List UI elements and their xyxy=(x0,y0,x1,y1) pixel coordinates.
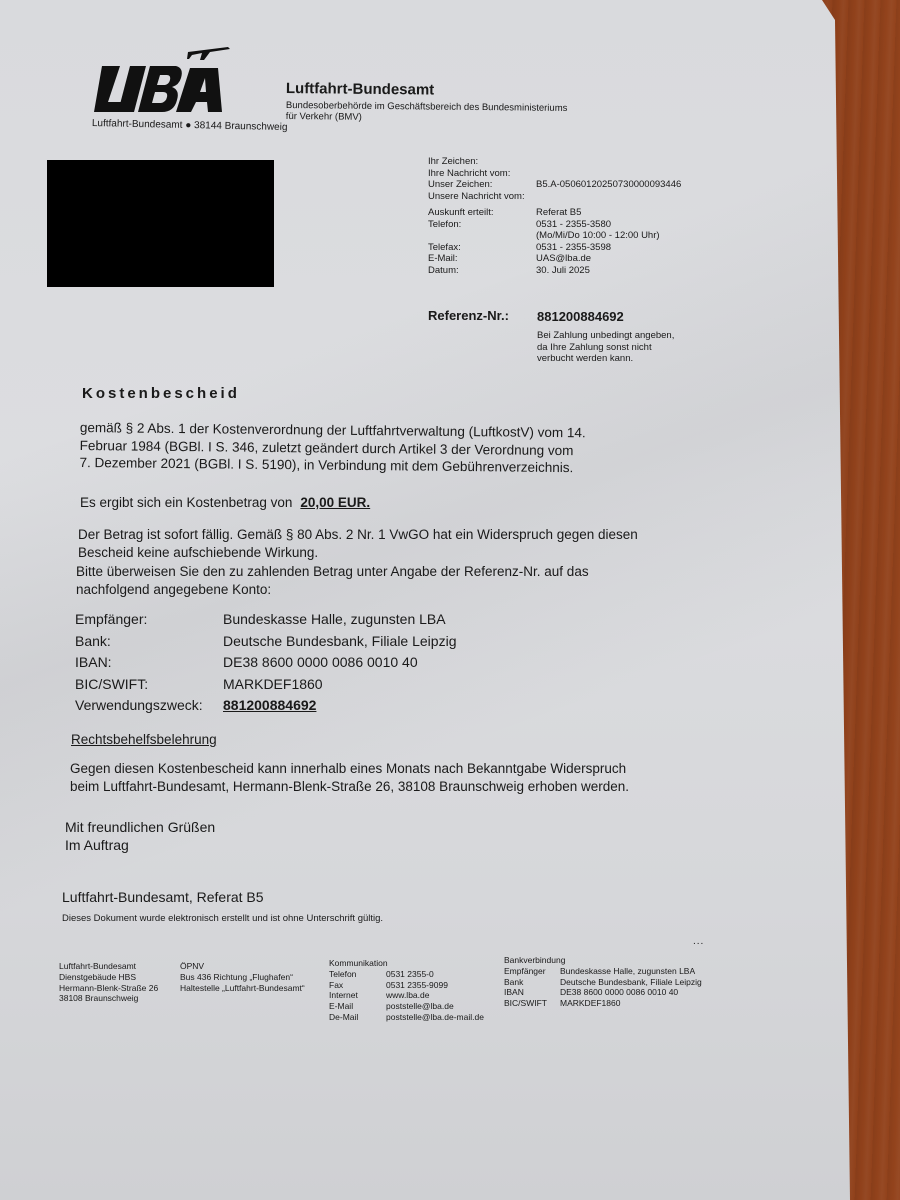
amount-prefix: Es ergibt sich ein Kostenbetrag von xyxy=(80,495,292,510)
closing-line: Mit freundlichen Grüßen xyxy=(65,818,215,836)
document-title: Kostenbescheid xyxy=(82,385,240,402)
info-label: Auskunft erteilt: xyxy=(428,207,536,219)
footer-row: BankDeutsche Bundesbank, Filiale Leipzig xyxy=(504,977,702,988)
bank-label: BIC/SWIFT: xyxy=(75,674,223,696)
footer-line: Haltestelle „Luftfahrt-Bundesamt“ xyxy=(180,983,305,994)
footer-value: Bundeskasse Halle, zugunsten LBA xyxy=(560,966,695,977)
footer-label: Empfänger xyxy=(504,966,560,977)
footer-row: IBANDE38 8600 0000 0086 0010 40 xyxy=(504,987,702,998)
legal-basis-paragraph: gemäß § 2 Abs. 1 der Kostenverordnung de… xyxy=(79,419,585,477)
reference-note-line: Bei Zahlung unbedingt angeben, xyxy=(537,330,674,342)
info-label xyxy=(428,230,536,242)
footer-label: Bank xyxy=(504,977,560,988)
info-label: E-Mail: xyxy=(428,253,536,265)
airplane-icon xyxy=(92,40,232,120)
info-value: (Mo/Mi/Do 10:00 - 12:00 Uhr) xyxy=(536,230,660,242)
paragraph-line: Bitte überweisen Sie den zu zahlenden Be… xyxy=(76,563,589,581)
bank-row: Empfänger:Bundeskasse Halle, zugunsten L… xyxy=(75,609,456,631)
info-row: (Mo/Mi/Do 10:00 - 12:00 Uhr) xyxy=(428,230,681,242)
footer-value: Deutsche Bundesbank, Filiale Leipzig xyxy=(560,977,702,988)
info-label: Unsere Nachricht vom: xyxy=(428,191,536,203)
footer-line: Luftfahrt-Bundesamt xyxy=(59,961,158,972)
info-row: Telefax:0531 - 2355-3598 xyxy=(428,242,681,254)
footer-label: BIC/SWIFT xyxy=(504,998,560,1009)
footer-row: EmpfängerBundeskasse Halle, zugunsten LB… xyxy=(504,966,702,977)
footer-label: IBAN xyxy=(504,987,560,998)
footer-row: E-Mailpoststelle@lba.de xyxy=(329,1001,484,1012)
footer-transit: ÖPNV Bus 436 Richtung „Flughafen“ Haltes… xyxy=(180,961,305,993)
info-row: Ihre Nachricht vom: xyxy=(428,168,681,180)
info-value: UAS@lba.de xyxy=(536,253,591,265)
footer-value: 0531 2355-0 xyxy=(386,969,434,980)
info-row: Auskunft erteilt:Referat B5 xyxy=(428,207,681,219)
footer-label: De-Mail xyxy=(329,1012,386,1023)
iban-value: DE38 8600 0000 0086 0010 40 xyxy=(223,652,418,674)
info-row: Telefon:0531 - 2355-3580 xyxy=(428,219,681,231)
bank-row: Verwendungszweck:881200884692 xyxy=(75,695,456,717)
reference-note-line: verbucht werden kann. xyxy=(537,353,674,365)
footer-value: poststelle@lba.de-mail.de xyxy=(386,1012,484,1023)
reference-label: Referenz-Nr.: xyxy=(428,308,509,323)
footer-line: Hermann-Blenk-Straße 26 xyxy=(59,983,158,994)
continuation-marker: ... xyxy=(693,936,704,947)
reference-info-block: Ihr Zeichen: Ihre Nachricht vom: Unser Z… xyxy=(428,156,681,276)
footer-communication: Kommunikation Telefon0531 2355-0 Fax0531… xyxy=(329,958,484,1023)
bank-row: Bank:Deutsche Bundesbank, Filiale Leipzi… xyxy=(75,631,456,653)
footer-heading: Bankverbindung xyxy=(504,955,702,966)
bank-details: Empfänger:Bundeskasse Halle, zugunsten L… xyxy=(75,609,456,717)
footer-row: Telefon0531 2355-0 xyxy=(329,969,484,980)
payment-reference-value: 881200884692 xyxy=(223,695,316,717)
org-subtitle: Bundesoberbehörde im Geschäftsbereich de… xyxy=(286,100,568,125)
footer-value: MARKDEF1860 xyxy=(560,998,620,1009)
signature: Luftfahrt-Bundesamt, Referat B5 xyxy=(62,889,264,905)
info-row: Unsere Nachricht vom: xyxy=(428,191,681,203)
footer-value: DE38 8600 0000 0086 0010 40 xyxy=(560,987,678,998)
bank-row: BIC/SWIFT:MARKDEF1860 xyxy=(75,674,456,696)
info-value: 0531 - 2355-3580 xyxy=(536,219,611,231)
footer-value: 0531 2355-9099 xyxy=(386,980,448,991)
legal-remedy-text: Gegen diesen Kostenbescheid kann innerha… xyxy=(70,760,629,796)
bank-value: Deutsche Bundesbank, Filiale Leipzig xyxy=(223,631,456,653)
footer-label: Telefon xyxy=(329,969,386,980)
amount-value: 20,00 EUR. xyxy=(300,495,370,510)
info-label: Telefax: xyxy=(428,242,536,254)
amount-statement: Es ergibt sich ein Kostenbetrag von20,00… xyxy=(80,494,370,512)
footer-address: Luftfahrt-Bundesamt Dienstgebäude HBS He… xyxy=(59,961,158,1004)
info-row: Datum:30. Juli 2025 xyxy=(428,265,681,277)
footer-label: Internet xyxy=(329,990,386,1001)
paragraph-line: nachfolgend angegebene Konto: xyxy=(76,581,589,599)
recipient-address-redacted xyxy=(47,160,274,287)
lba-logo xyxy=(92,40,232,120)
reference-note-line: da Ihre Zahlung sonst nicht xyxy=(537,342,674,354)
info-value: B5.A-05060120250730000093446 xyxy=(536,179,681,191)
info-row: Unser Zeichen:B5.A-050601202507300000934… xyxy=(428,179,681,191)
info-label: Unser Zeichen: xyxy=(428,179,536,191)
bic-value: MARKDEF1860 xyxy=(223,674,323,696)
footer-label: E-Mail xyxy=(329,1001,386,1012)
info-value: Referat B5 xyxy=(536,207,581,219)
bank-label: Bank: xyxy=(75,631,223,653)
footer-line: Bus 436 Richtung „Flughafen“ xyxy=(180,972,305,983)
info-value: 0531 - 2355-3598 xyxy=(536,242,611,254)
footer-row: De-Mailpoststelle@lba.de-mail.de xyxy=(329,1012,484,1023)
bank-label: Verwendungszweck: xyxy=(75,695,223,717)
footer-row: BIC/SWIFTMARKDEF1860 xyxy=(504,998,702,1009)
reference-note: Bei Zahlung unbedingt angeben, da Ihre Z… xyxy=(537,330,674,365)
info-label: Telefon: xyxy=(428,219,536,231)
info-label: Ihre Nachricht vom: xyxy=(428,168,536,180)
info-value: 30. Juli 2025 xyxy=(536,265,590,277)
electronic-document-note: Dieses Dokument wurde elektronisch erste… xyxy=(62,913,383,924)
footer-line: ÖPNV xyxy=(180,961,305,972)
info-row: E-Mail:UAS@lba.de xyxy=(428,253,681,265)
bank-row: IBAN:DE38 8600 0000 0086 0010 40 xyxy=(75,652,456,674)
transfer-instruction: Bitte überweisen Sie den zu zahlenden Be… xyxy=(76,563,589,598)
footer-heading: Kommunikation xyxy=(329,958,484,969)
bank-label: Empfänger: xyxy=(75,609,223,631)
paragraph-line: Bescheid keine aufschiebende Wirkung. xyxy=(78,544,638,562)
closing-line: Im Auftrag xyxy=(65,836,215,854)
footer-row: Fax0531 2355-9099 xyxy=(329,980,484,991)
paragraph-line: beim Luftfahrt-Bundesamt, Hermann-Blenk-… xyxy=(70,778,629,796)
bank-value: Bundeskasse Halle, zugunsten LBA xyxy=(223,609,446,631)
closing: Mit freundlichen Grüßen Im Auftrag xyxy=(65,818,215,854)
legal-remedy-title: Rechtsbehelfsbelehrung xyxy=(71,732,217,747)
footer-line: Dienstgebäude HBS xyxy=(59,972,158,983)
footer-value: poststelle@lba.de xyxy=(386,1001,454,1012)
footer-bank: Bankverbindung EmpfängerBundeskasse Hall… xyxy=(504,955,702,1009)
info-row: Ihr Zeichen: xyxy=(428,156,681,168)
bank-label: IBAN: xyxy=(75,652,223,674)
footer-label: Fax xyxy=(329,980,386,991)
info-label: Ihr Zeichen: xyxy=(428,156,536,168)
paragraph-line: Der Betrag ist sofort fällig. Gemäß § 80… xyxy=(78,526,638,544)
footer-line: 38108 Braunschweig xyxy=(59,993,158,1004)
footer-value: www.lba.de xyxy=(386,990,429,1001)
info-label: Datum: xyxy=(428,265,536,277)
paragraph-line: Gegen diesen Kostenbescheid kann innerha… xyxy=(70,760,629,778)
due-paragraph: Der Betrag ist sofort fällig. Gemäß § 80… xyxy=(78,526,638,561)
reference-number: 881200884692 xyxy=(537,309,624,324)
org-title: Luftfahrt-Bundesamt xyxy=(286,80,434,99)
footer-row: Internetwww.lba.de xyxy=(329,990,484,1001)
